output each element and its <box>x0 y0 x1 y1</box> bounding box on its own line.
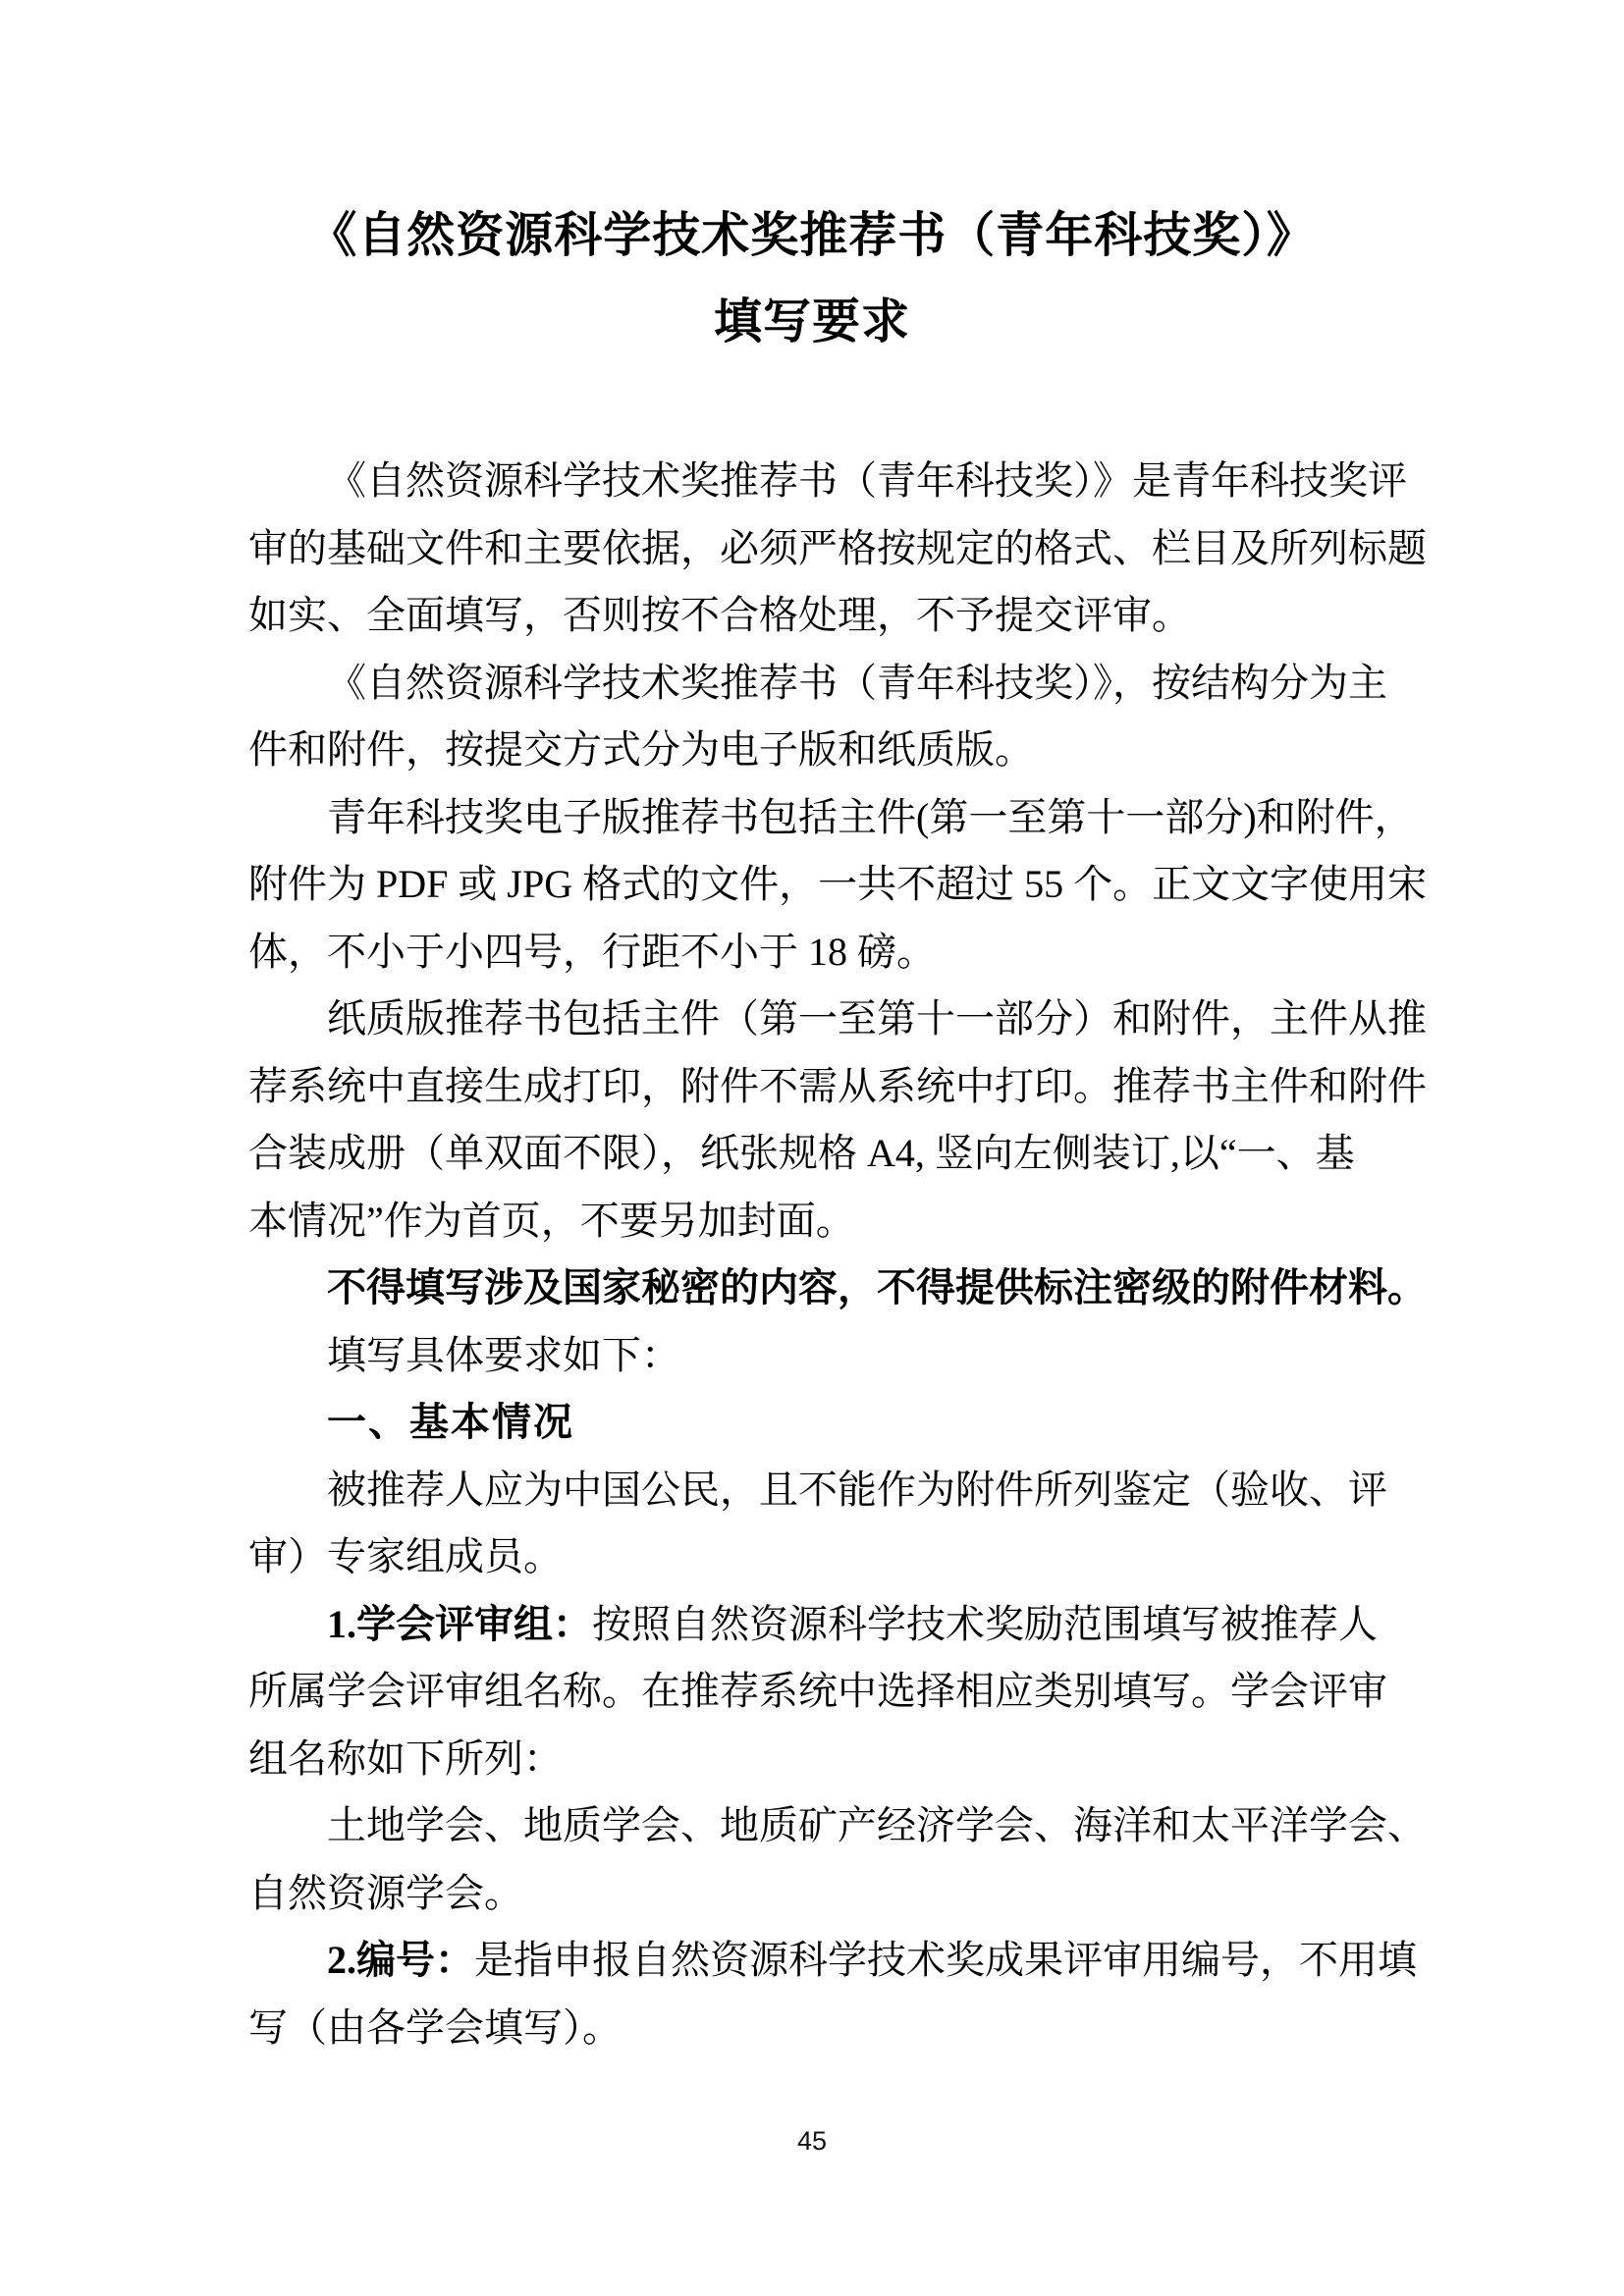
body-line: 纸质版推荐书包括主件（第一至第十一部分）和附件，主件从推 <box>248 986 1387 1053</box>
body-line: 被推荐人应为中国公民，且不能作为附件所列鉴定（验收、评 <box>248 1457 1387 1524</box>
body-line: 自然资源学会。 <box>248 1860 1387 1928</box>
page-number: 45 <box>0 2126 1624 2157</box>
document-body: 《自然资源科学技术奖推荐书（青年科技奖）》是青年科技奖评 审的基础文件和主要依据… <box>248 448 1387 2061</box>
body-line: 1.学会评审组：按照自然资源科学技术奖励范围填写被推荐人 <box>248 1591 1387 1659</box>
body-line: 《自然资源科学技术奖推荐书（青年科技奖）》，按结构分为主 <box>248 650 1387 718</box>
body-line: 件和附件，按提交方式分为电子版和纸质版。 <box>248 717 1387 784</box>
document-title-line1: 《自然资源科学技术奖推荐书（青年科技奖）》 <box>0 192 1624 279</box>
body-line-emphasis: 不得填写涉及国家秘密的内容，不得提供标注密级的附件材料。 <box>248 1255 1387 1322</box>
body-line: 2.编号：是指申报自然资源科学技术奖成果评审用编号，不用填 <box>248 1927 1387 1995</box>
body-line: 写（由各学会填写）。 <box>248 1995 1387 2062</box>
body-line: 如实、全面填写，否则按不合格处理，不予提交评审。 <box>248 582 1387 650</box>
body-line: 青年科技奖电子版推荐书包括主件(第一至第十一部分)和附件， <box>248 784 1387 852</box>
body-line: 填写具体要求如下： <box>248 1322 1387 1390</box>
body-line: 组名称如下所列： <box>248 1726 1387 1793</box>
body-line: 合装成册（单双面不限），纸张规格 A4, 竖向左侧装订,以“一、基 <box>248 1120 1387 1188</box>
body-line: 附件为 PDF 或 JPG 格式的文件，一共不超过 55 个。正文文字使用宋 <box>248 851 1387 919</box>
document-title: 《自然资源科学技术奖推荐书（青年科技奖）》 填写要求 <box>0 192 1624 365</box>
list-item-text: 是指申报自然资源科学技术奖成果评审用编号，不用填 <box>474 1938 1417 1982</box>
body-line: 《自然资源科学技术奖推荐书（青年科技奖）》是青年科技奖评 <box>248 448 1387 515</box>
body-line: 所属学会评审组名称。在推荐系统中选择相应类别填写。学会评审 <box>248 1658 1387 1726</box>
body-line: 体，不小于小四号，行距不小于 18 磅。 <box>248 919 1387 987</box>
list-item-label: 2.编号： <box>327 1938 474 1982</box>
list-item-text: 按照自然资源科学技术奖励范围填写被推荐人 <box>592 1602 1378 1646</box>
document-title-line2: 填写要求 <box>0 279 1624 365</box>
list-item-label: 1.学会评审组： <box>327 1602 592 1646</box>
body-line: 审的基础文件和主要依据，必须严格按规定的格式、栏目及所列标题 <box>248 515 1387 583</box>
body-line: 本情况”作为首页，不要另加封面。 <box>248 1188 1387 1255</box>
body-line: 荐系统中直接生成打印，附件不需从系统中打印。推荐书主件和附件 <box>248 1053 1387 1121</box>
section-heading: 一、基本情况 <box>248 1389 1387 1457</box>
body-line: 土地学会、地质学会、地质矿产经济学会、海洋和太平洋学会、 <box>248 1792 1387 1860</box>
document-page: 《自然资源科学技术奖推荐书（青年科技奖）》 填写要求 《自然资源科学技术奖推荐书… <box>0 0 1624 2296</box>
body-line: 审）专家组成员。 <box>248 1523 1387 1591</box>
